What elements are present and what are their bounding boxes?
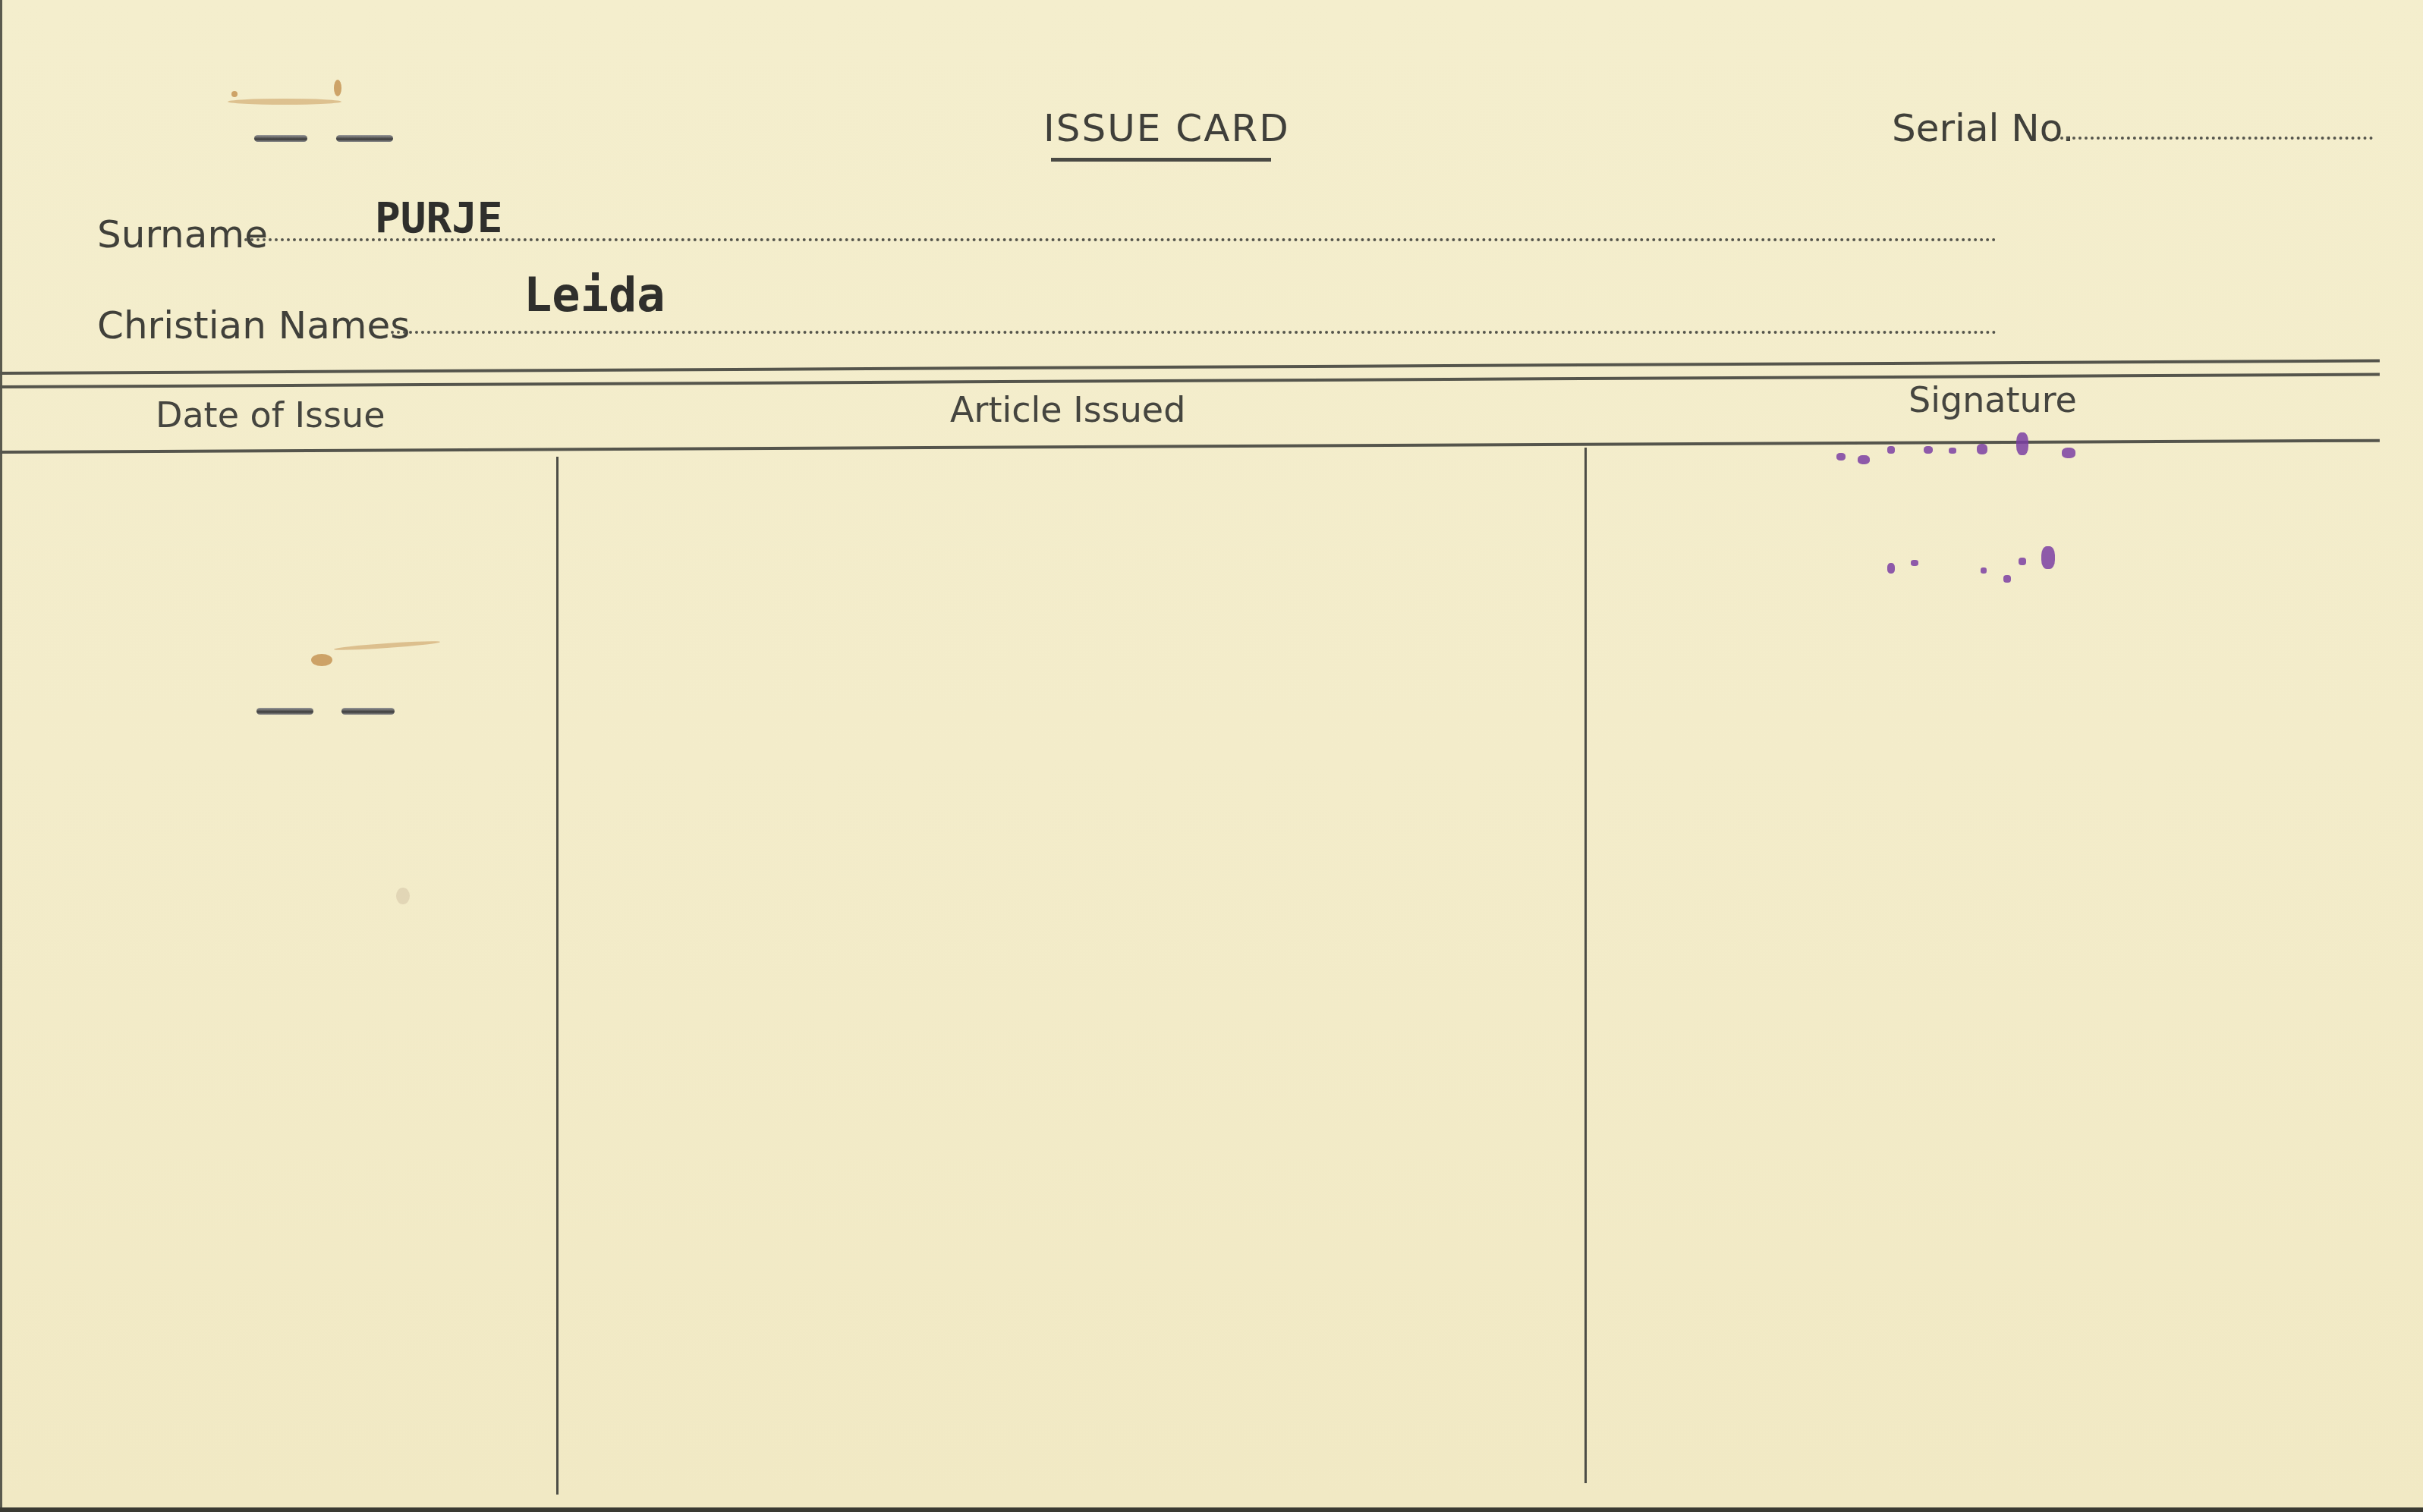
christian-names-label: Christian Names bbox=[97, 303, 410, 347]
serial-label: Serial No. bbox=[1892, 106, 2074, 150]
title-underline bbox=[1051, 158, 1271, 162]
christian-names-field[interactable] bbox=[391, 331, 1997, 334]
column-divider-1 bbox=[556, 457, 559, 1495]
column-header-article-issued: Article Issued bbox=[950, 389, 1185, 430]
card-edge-left bbox=[0, 0, 2, 1512]
card-edge-bottom bbox=[0, 1507, 2423, 1512]
column-header-date-of-issue: Date of Issue bbox=[156, 395, 385, 435]
serial-field[interactable] bbox=[2060, 137, 2373, 140]
card-title: ISSUE CARD bbox=[1043, 106, 1290, 150]
header-rule-top bbox=[0, 360, 2380, 375]
staple-icon bbox=[336, 135, 393, 142]
surname-field[interactable] bbox=[244, 238, 1997, 241]
column-header-signature: Signature bbox=[1909, 379, 2077, 420]
issue-card: ISSUE CARD Serial No. Surname PURJE Chri… bbox=[0, 0, 2423, 1512]
christian-names-value: Leida bbox=[524, 267, 666, 322]
surname-value: PURJE bbox=[375, 193, 503, 243]
signature-cell[interactable] bbox=[1588, 455, 2384, 1502]
staple-icon bbox=[341, 708, 395, 715]
surname-label: Surname bbox=[97, 212, 268, 256]
article-issued-cell[interactable] bbox=[559, 455, 1584, 1502]
column-divider-2 bbox=[1584, 448, 1587, 1483]
staple-icon bbox=[254, 135, 307, 142]
staple-icon bbox=[256, 708, 313, 715]
date-of-issue-cell[interactable] bbox=[3, 455, 555, 1502]
